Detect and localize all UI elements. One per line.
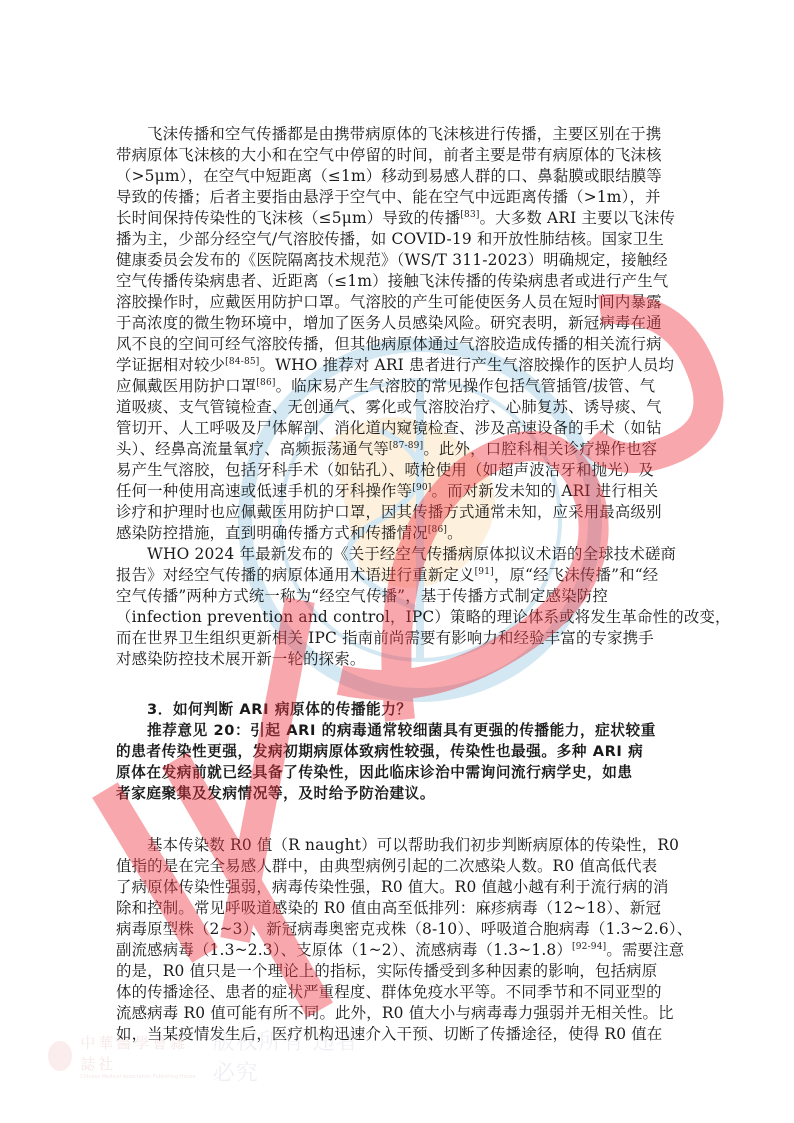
text-line: 而在世界卫生组织更新相关 IPC 指南前尚需要有影响力和经验丰富的专家携手 xyxy=(116,628,678,649)
spacer xyxy=(116,691,678,699)
paragraph-r0: 基本传染数 R0 值（R naught）可以帮助我们初步判断病原体的传染性，R0… xyxy=(116,835,678,1045)
text-line: 空气传播传染病患者、近距离（≤1m）接触飞沫传播的传染病患者或进行产生气 xyxy=(116,271,678,292)
text-line: 的是，R0 值只是一个理论上的指标，实际传播受到多种因素的影响，包括病原 xyxy=(116,961,678,982)
text-line: 导致的传播；后者主要指由悬浮于空气中、能在空气中远距离传播（>1m），并 xyxy=(116,187,678,208)
publisher-flower-logo-icon xyxy=(48,1041,72,1071)
text-line: 除和控制。常见呼吸道感染的 R0 值由高至低排列：麻疹病毒（12~18）、新冠 xyxy=(116,898,678,919)
text-line: 长时间保持传染性的飞沫核（≤5μm）导致的传播[83]。大多数 ARI 主要以飞… xyxy=(116,208,678,229)
text-span: 学证据相对较少 xyxy=(116,356,225,374)
citation-ref: [86] xyxy=(428,525,447,535)
text-line: 如，当某疫情发生后，医疗机构迅速介入干预、切断了传播途径，使得 R0 值在 xyxy=(116,1024,678,1045)
text-line: 头）、经鼻高流量氧疗、高频振荡通气等[87-89]。此外，口腔科相关诊疗操作也容 xyxy=(116,439,678,460)
text-line: 溶胶操作时，应戴医用防护口罩。气溶胶的产生可能使医务人员在短时间内暴露 xyxy=(116,292,678,313)
text-span: 。需要注意 xyxy=(606,941,684,959)
citation-ref: [91] xyxy=(475,567,494,577)
text-line: 飞沫传播和空气传播都是由携带病原体的飞沫核进行传播，主要区别在于携 xyxy=(116,124,678,145)
text-line: 播为主，少部分经空气/气溶胶传播，如 COVID-19 和开放性肺结核。国家卫生 xyxy=(116,229,678,250)
publisher-english-name: Chinese Medical Association Publishing H… xyxy=(80,1074,196,1080)
text-span: 。临床易产生气溶胶的常见操作包括气管插管/拔管、气 xyxy=(276,377,656,395)
text-span: 。而对新发未知的 ARI 进行相关 xyxy=(432,482,659,500)
citation-ref: [84-85] xyxy=(225,357,259,367)
recommendation-20: 推荐意见 20：引起 ARI 的病毒通常较细菌具有更强的传播能力，症状较重 的患… xyxy=(116,720,678,804)
spacer xyxy=(116,804,678,825)
text-line: 带病原体飞沫核的大小和在空气中停留的时间，前者主要是带有病原体的飞沫核 xyxy=(116,145,678,166)
text-line: 者家庭聚集及发病情况等，及时给予防治建议。 xyxy=(116,783,678,804)
text-line: 任何一种使用高速或低速手机的牙科操作等[90]。而对新发未知的 ARI 进行相关 xyxy=(116,481,678,502)
text-line: 空气传播”两种方式统一称为“经空气传播”，基于传播方式制定感染防控 xyxy=(116,586,678,607)
text-line: 流感病毒 R0 值可能有所不同。此外，R0 值大小与病毒毒力强弱并无相关性。比 xyxy=(116,1003,678,1024)
text-line: 易产生气溶胶，包括牙科手术（如钻孔）、喷枪使用（如超声波洁牙和抛光）及 xyxy=(116,460,678,481)
text-span: 。WHO 推荐对 ARI 患者进行产生气溶胶操作的医护人员均 xyxy=(260,356,675,374)
spacer xyxy=(116,825,678,835)
text-span: 长时间保持传染性的飞沫核（≤5μm）导致的传播 xyxy=(116,209,460,227)
text-span: 。大多数 ARI 主要以飞沫传 xyxy=(480,209,675,227)
text-line: 推荐意见 20：引起 ARI 的病毒通常较细菌具有更强的传播能力，症状较重 xyxy=(116,720,678,741)
text-line: 副流感病毒（1.3~2.3）、支原体（1~2）、流感病毒（1.3~1.8）[92… xyxy=(116,940,678,961)
section-heading: 3．如何判断 ARI 病原体的传播能力？ xyxy=(116,699,678,720)
text-span: 副流感病毒（1.3~2.3）、支原体（1~2）、流感病毒（1.3~1.8） xyxy=(116,941,572,959)
text-line: WHO 2024 年最新发布的《关于经空气传播病原体拟议术语的全球技术磋商 xyxy=(116,544,678,565)
text-line: 病毒原型株（2~3）、新冠病毒奥密克戎株（8-10）、呼吸道合胞病毒（1.3~2… xyxy=(116,919,678,940)
citation-ref: [83] xyxy=(460,210,479,220)
document-page: 飞沫传播和空气传播都是由携带病原体的飞沫核进行传播，主要区别在于携 带病原体飞沫… xyxy=(0,0,794,1123)
text-line: 体的传播途径、患者的症状严重程度、群体免疫水平等。不同季节和不同亚型的 xyxy=(116,982,678,1003)
text-line: 报告》对经空气传播的病原体通用术语进行重新定义[91]，原“经飞沫传播”和“经 xyxy=(116,565,678,586)
text-line: 感染防控措施，直到明确传播方式和传播情况[86]。 xyxy=(116,523,678,544)
text-line: 健康委员会发布的《医院隔离技术规范》（WS/T 311-2023）明确规定，接触… xyxy=(116,250,678,271)
text-line: 了病原体传染性强弱，病毒传染性强，R0 值大。R0 值越小越有利于流行病的消 xyxy=(116,877,678,898)
text-line: 的患者传染性更强，发病初期病原体致病性较强，传染性也最强。多种 ARI 病 xyxy=(116,741,678,762)
text-span: 任何一种使用高速或低速手机的牙科操作等 xyxy=(116,482,412,500)
citation-ref: [86] xyxy=(256,378,275,388)
text-line: 值指的是在完全易感人群中，由典型病例引起的二次感染人数。R0 值高低代表 xyxy=(116,856,678,877)
citation-ref: [92-94] xyxy=(572,942,606,952)
spacer xyxy=(116,670,678,691)
text-span: 感染防控措施，直到明确传播方式和传播情况 xyxy=(116,524,428,542)
text-span: 头）、经鼻高流量氧疗、高频振荡通气等 xyxy=(116,440,389,458)
citation-ref: [90] xyxy=(412,483,431,493)
text-span: ，原“经飞沫传播”和“经 xyxy=(494,566,659,584)
text-line: 风不良的空间可经气溶胶传播，但其他病原体通过气溶胶造成传播的相关流行病 xyxy=(116,334,678,355)
text-line: 诊疗和护理时也应佩戴医用防护口罩，因其传播方式通常未知，应采用最高级别 xyxy=(116,502,678,523)
text-line: 原体在发病前就已经具备了传染性，因此临床诊治中需询问流行病学史，如患 xyxy=(116,762,678,783)
text-span: 。此外，口腔科相关诊疗操作也容 xyxy=(423,440,657,458)
paragraph-who-2024: WHO 2024 年最新发布的《关于经空气传播病原体拟议术语的全球技术磋商 报告… xyxy=(116,544,678,670)
text-line: 应佩戴医用防护口罩[86]。临床易产生气溶胶的常见操作包括气管插管/拔管、气 xyxy=(116,376,678,397)
text-span: 应佩戴医用防护口罩 xyxy=(116,377,256,395)
text-line: 管切开、人工呼吸及尸体解剖、消化道内窥镜检查、涉及高速设备的手术（如钻 xyxy=(116,418,678,439)
text-line: 于高浓度的微生物环境中，增加了医务人员感染风险。研究表明，新冠病毒在通 xyxy=(116,313,678,334)
text-span: 。 xyxy=(447,524,463,542)
text-line: 基本传染数 R0 值（R naught）可以帮助我们初步判断病原体的传染性，R0 xyxy=(116,835,678,856)
text-line: 学证据相对较少[84-85]。WHO 推荐对 ARI 患者进行产生气溶胶操作的医… xyxy=(116,355,678,376)
text-span: 报告》对经空气传播的病原体通用术语进行重新定义 xyxy=(116,566,475,584)
text-line: 道吸痰、支气管镜检查、无创通气、雾化或气溶胶治疗、心肺复苏、诱导痰、气 xyxy=(116,397,678,418)
text-line: （>5μm），在空气中短距离（≤1m）移动到易感人群的口、鼻黏膜或眼结膜等 xyxy=(116,166,678,187)
text-line: （infection prevention and control，IPC）策略… xyxy=(116,607,678,628)
paragraph-transmission: 飞沫传播和空气传播都是由携带病原体的飞沫核进行传播，主要区别在于携 带病原体飞沫… xyxy=(116,124,678,544)
article-body: 飞沫传播和空气传播都是由携带病原体的飞沫核进行传播，主要区别在于携 带病原体飞沫… xyxy=(116,124,678,1045)
citation-ref: [87-89] xyxy=(389,441,423,451)
text-line: 对感染防控技术展开新一轮的探索。 xyxy=(116,649,678,670)
